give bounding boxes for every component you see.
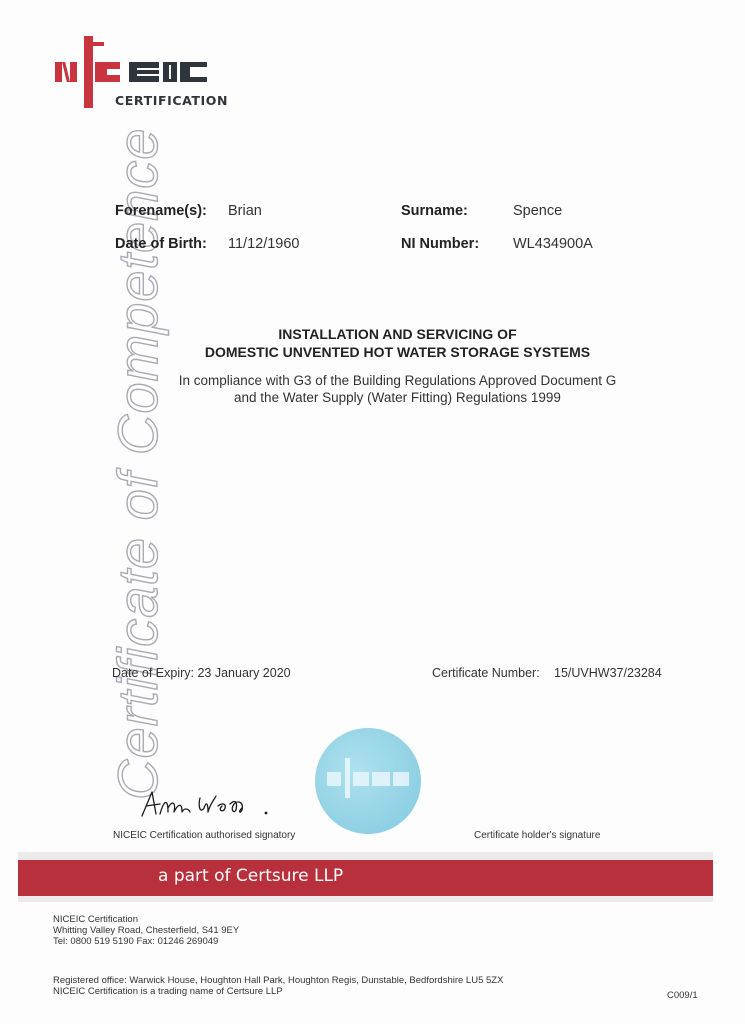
surname-value: Spence bbox=[513, 203, 562, 219]
niceic-logo: CERTIFICATION bbox=[55, 36, 215, 108]
ni-number-label: NI Number: bbox=[401, 236, 479, 252]
logo-i-tick bbox=[84, 42, 104, 46]
logo-letter-n-diag bbox=[62, 62, 70, 82]
footer-address: NICEIC Certification Whitting Valley Roa… bbox=[53, 914, 239, 947]
trading-name-line: NICEIC Certification is a trading name o… bbox=[53, 986, 503, 997]
certsure-band-text: a part of Certsure LLP bbox=[158, 866, 343, 886]
footer-address-line: NICEIC Certification bbox=[53, 914, 239, 925]
footer-address-line: Whitting Valley Road, Chesterfield, S41 … bbox=[53, 925, 239, 936]
dob-value: 11/12/1960 bbox=[228, 236, 300, 252]
certsure-band bbox=[18, 860, 713, 896]
seal-logo-icon bbox=[327, 772, 409, 786]
expiry-label: Date of Expiry: bbox=[112, 666, 194, 680]
footer-registered: Registered office: Warwick House, Hought… bbox=[53, 975, 503, 997]
expiry-value: 23 January 2020 bbox=[197, 666, 290, 680]
niceic-seal bbox=[315, 728, 421, 834]
compliance-line2: and the Water Supply (Water Fitting) Reg… bbox=[0, 389, 745, 407]
authorised-signatory-caption: NICEIC Certification authorised signator… bbox=[113, 830, 295, 841]
logo-subtitle: CERTIFICATION bbox=[115, 93, 228, 108]
footer-address-line: Tel: 0800 519 5190 Fax: 01246 269049 bbox=[53, 936, 239, 947]
registered-office-line: Registered office: Warwick House, Hought… bbox=[53, 975, 503, 986]
authorised-signature bbox=[138, 786, 288, 822]
logo-letter-n-right bbox=[70, 62, 77, 82]
logo-letter-e bbox=[129, 62, 159, 82]
ni-number-value: WL434900A bbox=[513, 236, 593, 252]
form-code: C009/1 bbox=[667, 990, 698, 1001]
certificate-number-label: Certificate Number: bbox=[432, 666, 540, 680]
expiry-line: Date of Expiry: 23 January 2020 bbox=[112, 666, 291, 680]
certificate-number-value: 15/UVHW37/23284 bbox=[554, 666, 662, 680]
certificate-of-competence-title: Certificate of Competence bbox=[105, 128, 170, 800]
qualification-title-line1: INSTALLATION AND SERVICING OF bbox=[0, 325, 745, 343]
logo-letter-i bbox=[84, 36, 93, 108]
forename-value: Brian bbox=[228, 203, 262, 219]
compliance-line1: In compliance with G3 of the Building Re… bbox=[0, 372, 745, 390]
forename-label: Forename(s): bbox=[115, 203, 207, 219]
holder-signature-caption: Certificate holder's signature bbox=[474, 830, 600, 841]
surname-label: Surname: bbox=[401, 203, 468, 219]
qualification-title-line2: DOMESTIC UNVENTED HOT WATER STORAGE SYST… bbox=[0, 343, 745, 361]
logo-letter-n-left bbox=[55, 62, 62, 82]
dob-label: Date of Birth: bbox=[115, 236, 207, 252]
